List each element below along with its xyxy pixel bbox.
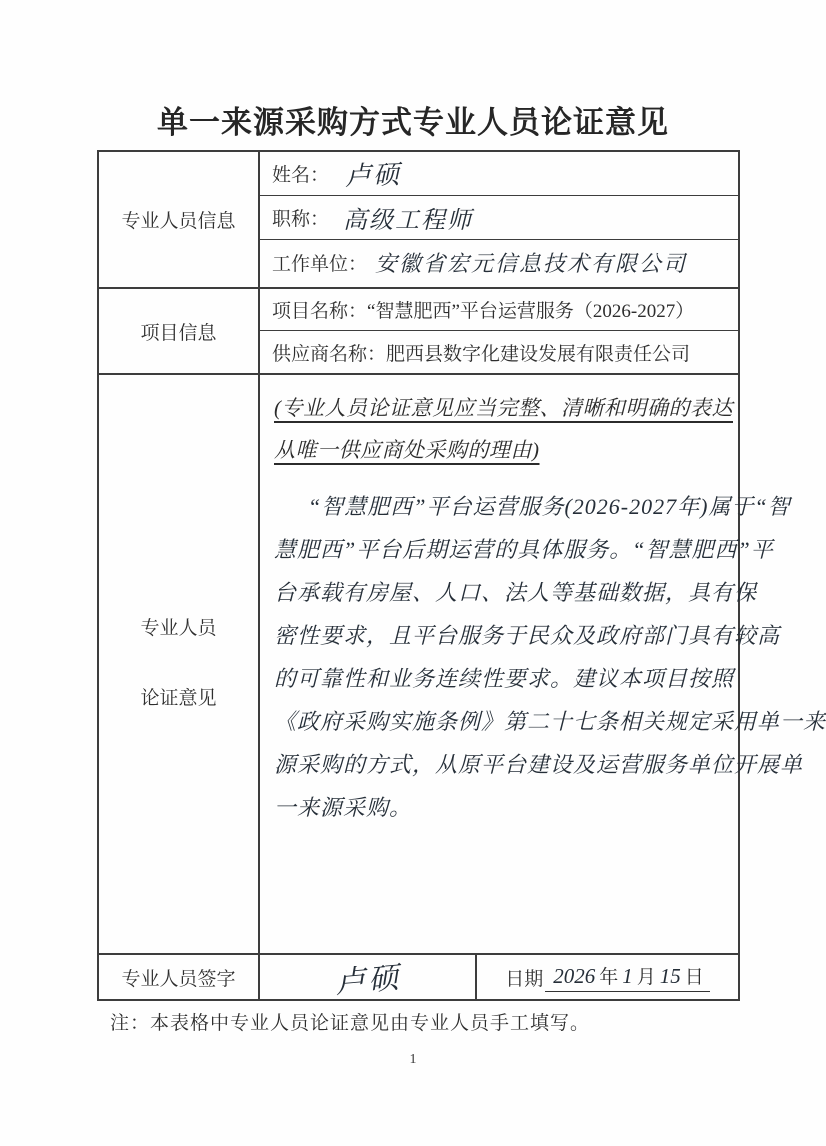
opinion-form-table: 专业人员信息 姓名： 卢硕 职称： 高级工程师 工作单位： 安徽省宏元信息技术有… [97,150,740,1001]
date-prefix-label: 日期 [505,964,543,991]
work-unit-field-row: 工作单位： 安徽省宏元信息技术有限公司 [260,240,738,285]
job-title-label: 职称： [272,204,329,231]
personnel-info-fields: 姓名： 卢硕 职称： 高级工程师 工作单位： 安徽省宏元信息技术有限公司 [260,152,738,287]
opinion-label: 专业人员 论证意见 [99,375,260,953]
opinion-handwritten-paragraph: “智慧肥西”平台运营服务(2026-2027年)属于“智 慧肥西”平台后期运营的… [274,485,826,829]
scanned-document-page: 单一来源采购方式专业人员论证意见 专业人员信息 姓名： 卢硕 职称： 高级工程师… [0,0,826,1146]
personnel-info-row: 专业人员信息 姓名： 卢硕 职称： 高级工程师 工作单位： 安徽省宏元信息技术有… [99,152,738,289]
project-name-label: 项目名称： [272,296,367,323]
opinion-row: 专业人员 论证意见 (专业人员论证意见应当完整、清晰和明确的表达 从唯一供应商处… [99,375,738,955]
supplier-name-field-row: 供应商名称： 肥西县数字化建设发展有限责任公司 [260,331,738,373]
date-cell: 日期2026年1月15日 [477,955,738,999]
name-field-row: 姓名： 卢硕 [260,152,738,196]
personnel-info-label: 专业人员信息 [99,152,260,287]
date-month-unit: 月 [637,967,656,988]
page-number: 1 [0,1052,826,1068]
date-month-handwritten: 1 [618,964,637,988]
date-value-group: 2026年1月15日 [545,962,710,992]
opinion-handwritten-line: 台承载有房屋、人口、法人等基础数据，具有保 [274,571,826,614]
work-unit-label: 工作单位： [272,249,367,276]
opinion-content-cell: (专业人员论证意见应当完整、清晰和明确的表达 从唯一供应商处采购的理由) “智慧… [260,375,826,953]
opinion-handwritten-line: 一来源采购。 [274,786,826,829]
job-title-field-row: 职称： 高级工程师 [260,196,738,240]
handwritten-signature: 卢硕 [333,952,403,1002]
footnote-text: 注：本表格中专业人员论证意见由专业人员手工填写。 [110,1008,590,1035]
date-year-unit: 年 [599,967,618,988]
opinion-handwritten-line: 源采购的方式，从原平台建设及运营服务单位开展单 [274,743,826,786]
opinion-handwritten-line: “智慧肥西”平台运营服务(2026-2027年)属于“智 [274,485,826,528]
date-day-handwritten: 15 [656,964,685,988]
date-year-handwritten: 2026 [549,964,599,988]
date-day-unit: 日 [685,967,704,988]
opinion-handwritten-line: 密性要求，且平台服务于民众及政府部门具有较高 [274,614,826,657]
opinion-handwritten-line: 慧肥西”平台后期运营的具体服务。“智慧肥西”平 [274,528,826,571]
signature-label: 专业人员签字 [99,955,260,999]
signature-cell: 卢硕 [260,955,477,999]
opinion-label-line1: 专业人员 [140,614,216,644]
supplier-name-value: 肥西县数字化建设发展有限责任公司 [386,339,690,366]
opinion-handwritten-line: 的可靠性和业务连续性要求。建议本项目按照 [274,657,826,700]
supplier-name-label: 供应商名称： [272,339,386,366]
work-unit-handwritten-value: 安徽省宏元信息技术有限公司 [375,247,687,278]
name-handwritten-value: 卢硕 [344,154,401,193]
opinion-instruction-line1: (专业人员论证意见应当完整、清晰和明确的表达 [274,387,826,429]
opinion-instruction-line2: 从唯一供应商处采购的理由) [274,429,826,471]
project-name-value: “智慧肥西”平台运营服务（2026-2027） [367,296,694,323]
document-title: 单一来源采购方式专业人员论证意见 [0,97,826,142]
job-title-handwritten-value: 高级工程师 [343,200,473,235]
project-info-row: 项目信息 项目名称： “智慧肥西”平台运营服务（2026-2027） 供应商名称… [99,289,738,375]
name-label: 姓名： [272,160,329,187]
opinion-label-line2: 论证意见 [140,684,216,714]
opinion-instruction-text: (专业人员论证意见应当完整、清晰和明确的表达 从唯一供应商处采购的理由) [274,387,826,471]
project-info-label: 项目信息 [99,289,260,373]
project-info-fields: 项目名称： “智慧肥西”平台运营服务（2026-2027） 供应商名称： 肥西县… [260,289,738,373]
opinion-handwritten-line: 《政府采购实施条例》第二十七条相关规定采用单一来 [274,700,826,743]
signature-row: 专业人员签字 卢硕 日期2026年1月15日 [99,955,738,999]
project-name-field-row: 项目名称： “智慧肥西”平台运营服务（2026-2027） [260,289,738,331]
